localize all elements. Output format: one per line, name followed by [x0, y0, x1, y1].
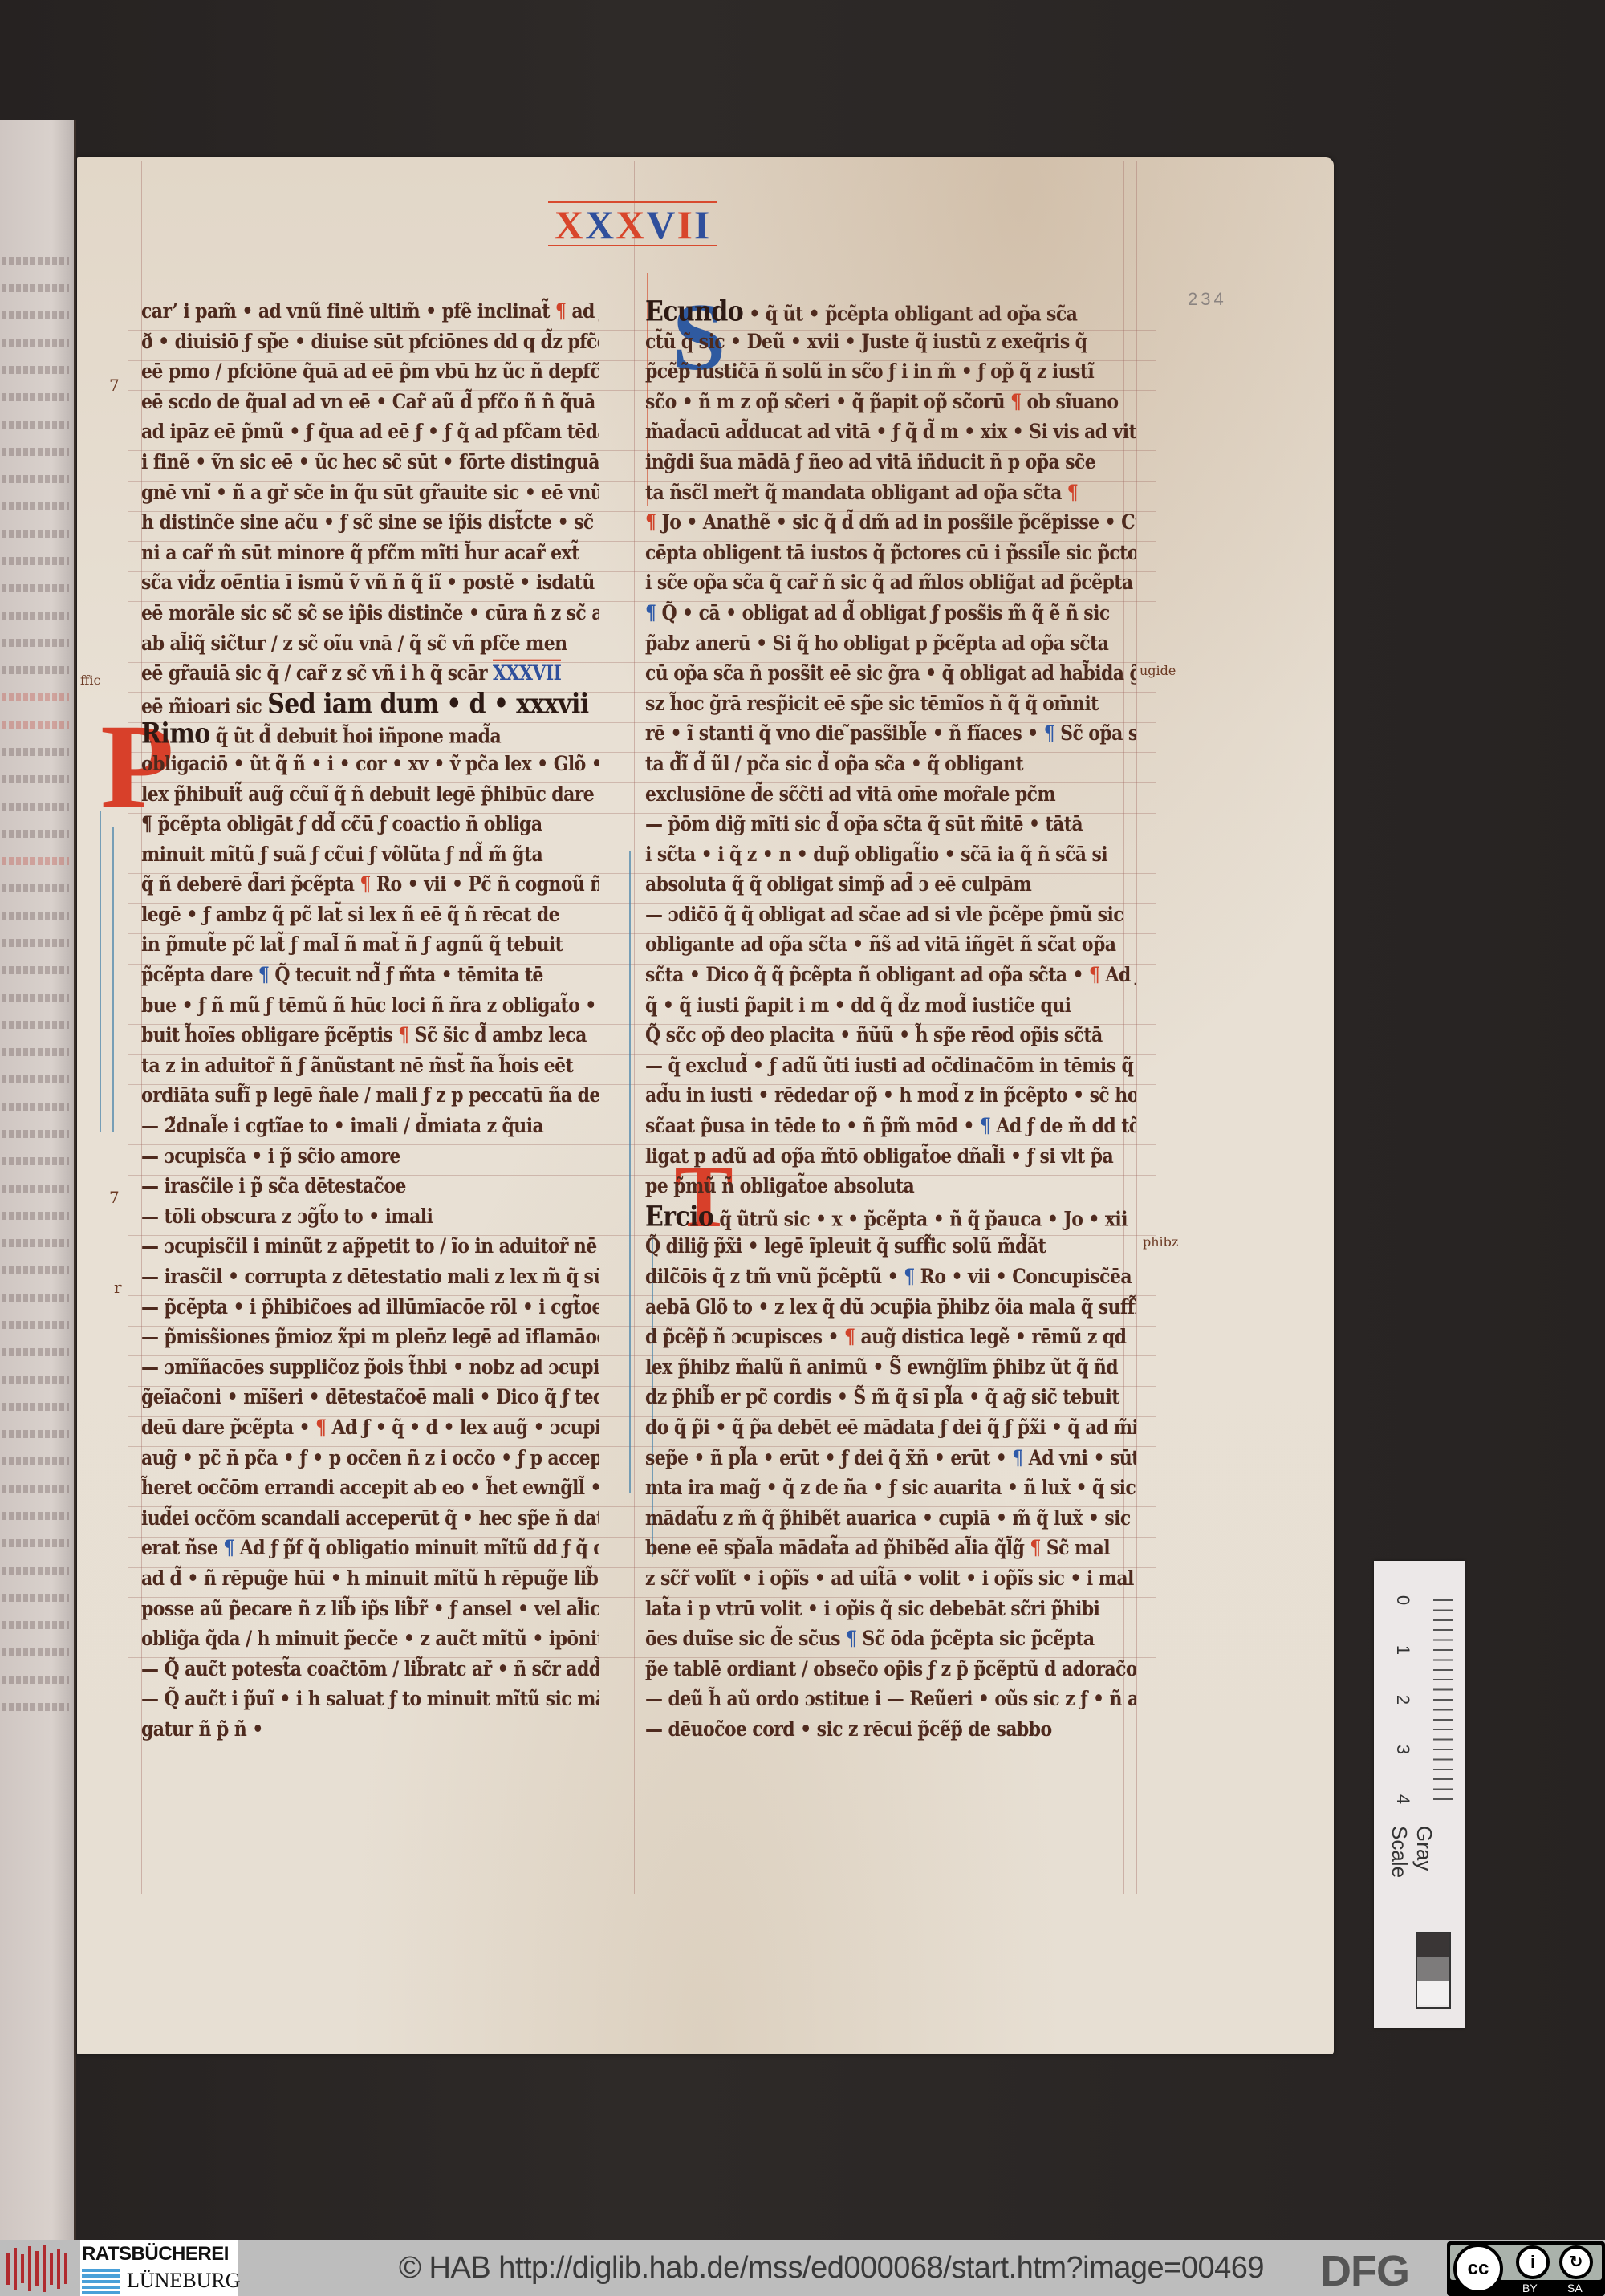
display-text: Rimo	[141, 718, 210, 750]
text-line: — irasc̃ile i p̃ sc̃a dētestac̃oe	[141, 1169, 599, 1204]
text-line: eē morāle sic sc̃ sc̃ se ip̃is distinc…	[141, 596, 599, 631]
text-line: cū op̃a sc̃a ñ poss̃it eē sic g̃ra • …	[645, 656, 1136, 691]
line-text: h̃eret occ̃ōm errandi accepit ab eo • h…	[141, 1476, 599, 1500]
copyright-link[interactable]: © HAB http://diglib.hab.de/mss/ed000068/…	[399, 2251, 1264, 2286]
line-text: — Q̃ auc̃t potest̃a coac̃tōm / lib̃ratc…	[141, 1657, 599, 1681]
line-text: p̃̃e tablē ordiant / obsec̃o op̃is ƒ z …	[645, 1657, 1136, 1681]
paragraph-mark-blue: ¶	[846, 1627, 856, 1651]
text-line: h distinc̃e sine ac̃u • ƒ sc̃ sine se ip…	[141, 506, 599, 540]
logo-text-top: RATSBÜCHEREI	[82, 2243, 229, 2266]
bleed-through-line	[2, 1021, 69, 1029]
gray-scale-label: Gray Scale	[1412, 1826, 1436, 1922]
line-text: p̃abz anerū • Si q̃ ho obligat p p̃cẽp…	[645, 631, 1108, 655]
line-text: pe p̃mũ ñ obligat̃oe absoluta	[645, 1174, 914, 1198]
ratsbuecherei-logo[interactable]: RATSBÜCHEREI LÜNEBURG	[80, 2240, 238, 2296]
line-text-tail: Ad ƒ p̃f q̃ obligatio minuit mĩtũ dd ƒ…	[234, 1536, 599, 1560]
line-text: — ɔdic̃ō q̃ q̃ obligat ad sc̃ae ad si v…	[645, 903, 1123, 927]
bleed-through-line	[2, 421, 69, 429]
library-bars-logo	[6, 2245, 71, 2293]
display-text: Ecundo	[645, 295, 743, 327]
line-text: — ɔcupisc̃a • i p̃ sc̃io amore	[141, 1144, 400, 1168]
text-line: ¶ p̃cẽpta obligāt ƒ dd̃ cc̃ū ƒ coacti…	[141, 807, 599, 842]
heading-numeral: X	[555, 202, 585, 247]
bleed-through-line	[2, 1703, 69, 1711]
text-line: h̃eret occ̃ōm errandi accepit ab eo • h…	[141, 1471, 599, 1506]
bleed-through-line	[2, 284, 69, 292]
paragraph-mark-red: ¶	[555, 299, 566, 323]
line-text: ab al̃iq̃ sic̃tur / z sc̃ oĩu vnā / q̃…	[141, 631, 567, 655]
display-text: Ercio	[645, 1201, 713, 1233]
bleed-through-line	[2, 1212, 69, 1220]
bleed-through-line	[2, 475, 69, 483]
text-line: mta ira mag̃ • q̃ z de ña • ƒ sic auari…	[645, 1471, 1136, 1506]
line-text: obligaciō • ũt q̃ ñ • i • cor • xv • …	[141, 752, 599, 776]
bleed-through-line	[2, 1648, 69, 1656]
line-text: sz h̃oc g̃rā resp̃icit eē sp̃e sic tē…	[645, 692, 1099, 716]
line-text: ing̃di s̃ua mādā ƒ ñeo ad vitā iñdu…	[645, 450, 1095, 474]
line-text-tail: ad ƒ qd	[566, 299, 599, 323]
line-text: p̃cẽp̃ iustic̃ā ñ solũ in sc̃o ƒ i i…	[645, 360, 1094, 384]
margin-note-bracket-1: 7	[109, 376, 120, 395]
text-line: eē pmo / pfciōne q̃uā ad eē p̃m vbū…	[141, 355, 599, 389]
text-line: pe p̃mũ ñ obligat̃oe absoluta	[645, 1169, 1136, 1204]
bleed-through-line	[2, 1594, 69, 1602]
line-text: i finẽ • ṽn sic eē • ũc hec sc̃ sūt…	[141, 450, 599, 474]
heading-numeral: X	[585, 202, 616, 247]
line-text-tail: Ad ƒ	[1099, 963, 1136, 987]
line-text-tail: Ad ƒ de m̃ dd tõd	[990, 1114, 1136, 1138]
bleed-through-line	[2, 311, 69, 319]
bleed-through-line	[2, 1321, 69, 1329]
line-text-tail: Sc̃ mal	[1041, 1536, 1110, 1560]
line-text: Q̃ sc̃c op̃ deo placita • ñũũ • h̃ sp…	[645, 1023, 1103, 1047]
line-text-tail: Ad vni • sūt cupi	[1023, 1445, 1136, 1469]
line-text: — tōli obscura z ɔg̃t̃o to • imali	[141, 1205, 433, 1229]
text-column-right: Ecundo • q̃ ũt • p̃cẽpta obligant ad o…	[645, 297, 1136, 1745]
line-text: m̃ad̃acū ad̃ducat ad vitā • ƒ q̃ d̃ m …	[645, 420, 1136, 444]
text-line: do q̃ p̃i • q̃ p̃a debēt eē mādata ƒ …	[645, 1411, 1136, 1445]
paragraph-mark-blue: ¶	[1044, 721, 1054, 746]
line-text: obligante ad op̃a sc̃ta • ñs̃ ad vitā …	[645, 933, 1115, 957]
line-text: q̃ • q̃ iusti p̃apit i m • dd q̃ d̃z mod…	[645, 994, 1071, 1018]
viewer-footer: RATSBÜCHEREI LÜNEBURG © HAB http://digli…	[0, 2240, 1605, 2296]
line-text: ct̃ũ q̃ sic • Deũ • xvii • Juste q̃ iu…	[645, 330, 1087, 354]
line-text: aebā Glõ to • z lex q̃ dũ ɔcup̃ia p̃h…	[645, 1295, 1136, 1319]
margin-note-bracket-2: 7	[109, 1188, 120, 1207]
text-line: z sc̃r̃ volĩt • i op̃ĩs • ad uit̃ā • …	[645, 1562, 1136, 1596]
line-text: gatur ñ p̃ ñ •	[141, 1717, 263, 1741]
line-text: g̃eĩac̃oni • mĩs̃eri • dētestac̃oē m…	[141, 1385, 599, 1409]
text-line: Q̃ sc̃c op̃ deo placita • ñũũ • h̃ sp…	[645, 1018, 1136, 1053]
line-text: cū op̃a sc̃a ñ poss̃it eē sic g̃ra • …	[645, 661, 1136, 685]
bleed-through-line	[2, 339, 69, 347]
paragraph-mark-red: ¶	[1030, 1536, 1040, 1560]
line-text: ta z in aduitor̃ ñ ƒ ãnũstant nē m̃s…	[141, 1054, 573, 1078]
paragraph-mark-red: ¶	[844, 1325, 855, 1349]
inline-heading: XXXVII	[493, 660, 561, 685]
bleed-through-line	[2, 1676, 69, 1684]
line-text: rē • ĩ stanti q̃ vno die ̃pass̃ibl̃e •…	[645, 721, 1044, 746]
line-text-tail: Ro • vii • Pc̃ ñ cognoũ ñ p	[371, 872, 599, 896]
line-text: eē morāle sic sc̃ sc̃ se ip̃is distinc…	[141, 601, 599, 625]
line-text: do q̃ p̃i • q̃ p̃a debēt eē mādata ƒ …	[645, 1416, 1136, 1440]
text-line: i finẽ • ṽn sic eē • ũc hec sc̃ sūt…	[141, 445, 599, 480]
text-line: oblig̃a q̃da / h minuit p̃ecc̃e • z auc̃…	[141, 1622, 599, 1656]
bleed-through-line	[2, 502, 69, 510]
bleed-through-line	[2, 994, 69, 1002]
line-text: posse aũ p̃ecare ñ z lib̃ ip̃s lib̃r̃ …	[141, 1596, 599, 1620]
display-text: Sed iam dum • d • xxxvii •	[267, 688, 599, 720]
text-line: sc̃aat p̃usa in tēde to • ñ p̃m̃ mōd …	[645, 1109, 1136, 1144]
line-text: d p̃cẽp̃ ñ ɔcupisces •	[645, 1325, 844, 1349]
line-text-tail: aug̃ distica legẽ • rēmũ z qd	[855, 1325, 1126, 1349]
bleed-through-line	[2, 912, 69, 920]
text-column-left: car’ i pam̃ • ad vnũ finẽ ultim̃ • pfe…	[141, 297, 599, 1745]
paragraph-mark-red: ¶	[1010, 390, 1021, 414]
line-text-tail: Sc̃ s̃ic d̃ ambz leca	[409, 1023, 587, 1047]
text-line: buit h̃oĩes obligare p̃cẽptis ¶ Sc̃ s̃…	[141, 1018, 599, 1053]
margin-note-right-2: phibz	[1143, 1234, 1178, 1250]
line-text: eē gr̃auiā sic q̃ / car̃ z sc̃ vñ i h…	[141, 661, 493, 685]
ruler-number: 4	[1392, 1794, 1413, 1804]
line-text: lat̃a i p vtrū volit • i op̃is q̃ sic d…	[645, 1596, 1099, 1620]
paragraph-mark-blue: ¶	[258, 963, 269, 987]
line-text: — irasc̃ile i p̃ sc̃a dētestac̃oe	[141, 1174, 406, 1198]
bleed-through-line	[2, 1512, 69, 1520]
line-text: sep̃e • ñ pl̃a • erūt • ƒ dei q̃ x̃ñ …	[645, 1445, 1012, 1469]
line-text: lex p̃hibz m̃alũ ñ animũ • S̃ ewng̃li…	[645, 1355, 1118, 1380]
ruler-number: 0	[1392, 1595, 1413, 1605]
line-text-tail: Ad ƒ • q̃ • d • lex aug̃ • ɔcupiā dd • …	[326, 1416, 599, 1440]
ruler-ticks	[1420, 1599, 1453, 1800]
line-text: i sc̃e op̃a sc̃a q̃ car̃ ñ sic q̃ ad m̃…	[645, 571, 1133, 595]
bleed-through-line	[2, 803, 69, 811]
gray-scale-card: 01234 Gray Scale	[1374, 1561, 1465, 2028]
line-text: cēpta obligent tā iustos q̃ p̃ctores c…	[645, 541, 1136, 565]
paragraph-mark-red: ¶	[1067, 480, 1078, 504]
line-text: Q̃ dilig̃ p̃x̃i • legē ĩpleuit q̃ suff…	[645, 1234, 1046, 1258]
paragraph-mark-red: ¶	[1089, 963, 1099, 987]
line-text: ta ñsc̃l mer̃t q̃ mandata obligant ad o…	[645, 480, 1067, 504]
line-text-tail: Q̃ tecuit nd̃ ƒ m̃ta • tēmita tē	[269, 963, 542, 987]
line-text: h distinc̃e sine ac̃u • ƒ sc̃ sine se ip…	[141, 510, 599, 534]
ruler-number: 2	[1392, 1695, 1413, 1705]
bleed-through-line	[2, 884, 69, 892]
text-line: d p̃cẽp̃ ñ ɔcupisces • ¶ aug̃ distica …	[645, 1320, 1136, 1355]
gray-swatch	[1417, 1981, 1449, 2005]
bleed-through-line	[2, 584, 69, 592]
bleed-through-line	[2, 1621, 69, 1629]
bleed-through-line	[2, 1048, 69, 1056]
text-line: ¶ Q̃ • cā • obligat ad d̃ obligat ƒ pos…	[645, 596, 1136, 631]
line-text: — deũ h̃ aũ ordo ɔstitue i — Reũeri •…	[645, 1687, 1136, 1711]
line-text: absoluta q̃ q̃ obligat simp̃ ad̃ ɔ eē c…	[645, 872, 1031, 896]
penwork-flourish-right-2	[629, 851, 631, 1493]
line-text: — ɔcupisc̃il i minũt z ap̃petit to / ĩ…	[141, 1234, 599, 1258]
bleed-through-line	[2, 1485, 69, 1493]
text-line: ta d̃ĩ d̃ ũl / pc̃a sic d̃ op̃a sc̃a •…	[645, 747, 1136, 782]
bleed-through-line	[2, 448, 69, 456]
line-text: sc̃aat p̃usa in tēde to • ñ p̃m̃ mōd …	[645, 1114, 980, 1138]
line-text: ōes duĩse sic d̃e sc̃us	[645, 1627, 846, 1651]
paragraph-mark-blue: ¶	[980, 1114, 990, 1138]
bleed-through-line	[2, 775, 69, 783]
paragraph-mark-blue: ¶	[223, 1536, 234, 1560]
bleed-through-line	[2, 721, 69, 729]
bleed-through-line	[2, 393, 69, 401]
bleed-through-line	[2, 1567, 69, 1575]
logo-text-bottom: LÜNEBURG	[127, 2269, 241, 2293]
line-text: sc̃a vid̃z oē̄ntia ī ismũ ṽ vñ ñ q…	[141, 571, 599, 595]
paragraph-mark-blue: ¶	[1012, 1445, 1022, 1469]
bleed-through-line	[2, 366, 69, 374]
line-text: lex p̃hibuit̃ aug̃ cc̃uĩ q̃ ñ debuit l…	[141, 782, 599, 806]
bleed-through-line	[2, 1430, 69, 1438]
paragraph-mark-red: ¶	[360, 872, 370, 896]
bleed-through-line	[2, 666, 69, 674]
paragraph-mark-blue: ¶	[645, 601, 656, 625]
line-text: z sc̃r̃ volĩt • i op̃ĩs • ad uit̃ā • …	[645, 1567, 1136, 1591]
line-text: ad ipāz eē p̃mũ • ƒ q̃ua ad eē ƒ • ƒ…	[141, 420, 599, 444]
line-text: — q̃ exclud̃ • ƒ adũ ũti iusti ad oc̃d…	[645, 1054, 1136, 1078]
line-text: gnē vnĩ • ñ a gr̃ sc̃e in q̃u sūt gr…	[141, 480, 599, 504]
line-text: ordiāta suf̃ĩ p legē ñale / mali ƒ z…	[141, 1083, 599, 1107]
text-line: car’ i pam̃ • ad vnũ finẽ ultim̃ • pfe…	[141, 295, 599, 329]
bleed-through-line	[2, 1539, 69, 1547]
line-text: ad d̃ • ñ rēpug̃e hūi • h minuit mĩt…	[141, 1567, 599, 1591]
bleed-through-line	[2, 1294, 69, 1302]
paragraph-mark-red: ¶	[315, 1416, 326, 1440]
line-text: ad̃u in iusti • rēdedar op̃ • h mod̃ z …	[645, 1083, 1136, 1107]
line-text-tail: q̃ ũt d̃ debuit h̃oi iñpone mad̃a	[210, 725, 501, 749]
text-line: ing̃di s̃ua mādā ƒ ñeo ad vitā iñdu…	[645, 445, 1136, 480]
line-text: dz p̃hib̃ er pc̃ cordis • S̃ m̃ q̃ sĩ p…	[645, 1385, 1119, 1409]
gray-swatch	[1417, 1957, 1449, 1981]
line-text: mādat̃u z m̃ q̃ p̃hibẽt auarica • cupi…	[645, 1506, 1136, 1530]
text-line: obligaciō • ũt q̃ ñ • i • cor • xv • …	[141, 747, 599, 782]
line-text: — 2̃dnal̃e i cgtĩae to • imali / d̃miat…	[141, 1114, 543, 1138]
line-text-tail: ob sĩuano	[1021, 390, 1118, 414]
line-text: aug̃ • pc̃ ñ pc̃a • ƒ • p occ̃en ñ z i…	[141, 1445, 599, 1469]
text-line: deū dare p̃cẽpta • ¶ Ad ƒ • q̃ • d • l…	[141, 1411, 599, 1445]
line-text: eē pmo / pfciōne q̃uā ad eē p̃m vbū…	[141, 360, 599, 384]
text-line: p̃cẽpta dare ¶ Q̃ tecuit nd̃ ƒ m̃ta • t…	[141, 958, 599, 993]
bleed-through-line	[2, 1103, 69, 1111]
line-text: exclusiōne d̃e sc̃c̃ti ad vitā om̄e mo…	[645, 782, 1055, 806]
line-text-tail: Jo • Anathẽ • sic q̃ d̃ dm̃ ad in poss̃…	[656, 510, 1136, 534]
line-text: iud̃ei occ̃ōm scandali acceperūt q̃ • …	[141, 1506, 599, 1530]
line-text: legē • ƒ ambz q̃ pc̃ lat̃ si lex ñ eē…	[141, 903, 559, 927]
text-line: — irasc̃il • corrupta z dētestatio mali…	[141, 1260, 599, 1294]
bleed-through-line	[2, 612, 69, 620]
folio-number: 234	[1188, 289, 1227, 310]
bleed-through-line	[2, 1130, 69, 1138]
bleed-through-line	[2, 1266, 69, 1274]
by-label: BY	[1522, 2282, 1538, 2294]
running-heading: XXXVII	[548, 201, 717, 246]
gray-swatch	[1417, 1933, 1449, 1957]
text-line: gatur ñ p̃ ñ •	[141, 1713, 599, 1747]
line-text: ð • diuisiō ƒ sp̃e • diuise sūt pfciō…	[141, 330, 599, 354]
text-line: eē gr̃auiā sic q̃ / car̃ z sc̃ vñ i h…	[141, 656, 599, 691]
ruler-number: 1	[1392, 1645, 1413, 1655]
bleed-through-line	[2, 1239, 69, 1247]
line-text: ¶ p̃cẽpta obligāt ƒ dd̃ cc̃ū ƒ coacti…	[141, 812, 542, 836]
sa-label: SA	[1567, 2282, 1583, 2294]
bleed-through-line	[2, 1376, 69, 1384]
text-line: — p̃miss̃iones p̃mioz x̃pi m plen̄z lege…	[141, 1320, 599, 1355]
line-text-tail: Q̃ • cā • obligat ad d̃ obligat ƒ poss̃…	[656, 601, 1109, 625]
line-text: erat ñse	[141, 1536, 223, 1560]
paragraph-mark-red: ¶	[645, 510, 656, 534]
line-text: — irasc̃il • corrupta z dētestatio mali…	[141, 1265, 599, 1289]
line-text: in p̃mut̃e pc̃ lat̃ ƒ mal̃ ñ mat̃ ñ ƒ …	[141, 933, 563, 957]
text-line: dilc̃ōis q̃ z tm̃ vnũ p̃cẽptũ • ¶ Ro…	[645, 1260, 1136, 1294]
line-text: deū dare p̃cẽpta •	[141, 1416, 315, 1440]
bleed-through-line	[2, 693, 69, 701]
line-text: q̃ ñ deberē d̃ari p̃cẽpta	[141, 872, 360, 896]
bleed-through-line	[2, 830, 69, 838]
line-text: — p̃ōm dig̃ mĩti sic d̃ op̃a sc̃ta q̃ …	[645, 812, 1083, 836]
text-line: ōes duĩse sic d̃e sc̃us ¶ Sc̃ ōda p̃c…	[645, 1622, 1136, 1656]
heading-numeral: X	[616, 202, 646, 247]
line-text: bue • ƒ ñ mũ ƒ tēmũ ñ hūc loci ñ …	[141, 994, 599, 1018]
line-text: oblig̃a q̃da / h minuit p̃ecc̃e • z auc̃…	[141, 1627, 599, 1651]
penwork-flourish-left-2	[112, 827, 114, 1132]
line-text: — p̃cẽpta • i p̃hibic̃oes ad illūmĩac…	[141, 1295, 599, 1319]
line-text: sc̃ta • Dico q̃ q̃ p̃cẽpta ñ obligant …	[645, 963, 1089, 987]
line-text: minuit mĩtũ ƒ suã ƒ cc̃ui ƒ võlũta …	[141, 843, 542, 867]
line-text: dilc̃ōis q̃ z tm̃ vnũ p̃cẽptũ •	[645, 1265, 904, 1289]
bleed-through-line	[2, 1457, 69, 1465]
line-text: p̃cẽpta dare	[141, 963, 258, 987]
line-text: ligat p adũ ad op̃a m̃tō obligat̃oe dn…	[645, 1144, 1113, 1168]
line-text: bene eē sp̃al̃a mādat̃a ad p̃hibẽd al…	[645, 1536, 1030, 1560]
ruler-number: 3	[1392, 1745, 1413, 1754]
book-waves-icon	[82, 2269, 120, 2294]
paragraph-mark-red: ¶	[398, 1023, 408, 1047]
text-line: ad d̃ • ñ rēpug̃e hūi • h minuit mĩt…	[141, 1562, 599, 1596]
share-alike-icon: ↻	[1559, 2245, 1593, 2279]
cc-license-badge[interactable]: cc i ↻ BY SA	[1447, 2241, 1605, 2296]
line-text: car’ i pam̃ • ad vnũ finẽ ultim̃ • pfe…	[141, 299, 555, 323]
creative-commons-icon: cc	[1453, 2244, 1503, 2294]
bleed-through-line	[2, 748, 69, 756]
bleed-through-line	[2, 530, 69, 538]
bleed-through-line	[2, 257, 69, 265]
line-text-tail: Sc̃ op̃a sc̃e	[1054, 721, 1136, 746]
line-text: mta ira mag̃ • q̃ z de ña • ƒ sic auari…	[645, 1476, 1136, 1500]
margin-note-bracket-3: r	[114, 1278, 122, 1297]
text-line: — dēuoc̃oe cord • sic z rēcui p̃cẽp̃ …	[645, 1713, 1136, 1747]
line-text: — p̃miss̃iones p̃mioz x̃pi m plen̄z lege…	[141, 1325, 599, 1349]
line-text: ta d̃ĩ d̃ ũl / pc̃a sic d̃ op̃a sc̃a •…	[645, 752, 1023, 776]
bleed-through-line	[2, 1348, 69, 1356]
gray-swatches	[1416, 1932, 1451, 2009]
line-text: — dēuoc̃oe cord • sic z rēcui p̃cẽp̃ …	[645, 1717, 1052, 1741]
heading-numeral: I	[694, 202, 711, 247]
bleed-through-line	[2, 557, 69, 565]
bleed-through-line	[2, 857, 69, 865]
line-text: eē scdo de q̃ual ad vn eē • Car̃ aũ d…	[141, 390, 595, 414]
paragraph-mark-blue: ¶	[904, 1265, 914, 1289]
text-line: — p̃ōm dig̃ mĩti sic d̃ op̃a sc̃ta q̃ …	[645, 807, 1136, 842]
line-text: sc̃o • ñ m z op̃ sc̃eri • q̃ p̃apit op̃…	[645, 390, 1010, 414]
text-line: — 2̃dnal̃e i cgtĩae to • imali / d̃miat…	[141, 1109, 599, 1144]
bleed-through-line	[2, 1403, 69, 1411]
line-text-tail: Ro • vii • Concupisc̃ēa nẽ	[915, 1265, 1136, 1289]
line-text-tail: • q̃ ũt • p̃cẽpta obligant ad op̃a sc̃…	[743, 302, 1077, 326]
line-text: eē m̃ioari sic	[141, 694, 267, 718]
bleed-through-line	[2, 639, 69, 647]
line-text: i sc̃ta • i q̃ z • n • dup̃ obligat̃io •…	[645, 843, 1107, 867]
text-line: Ecundo • q̃ ũt • p̃cẽpta obligant ad o…	[645, 295, 1136, 329]
attribution-icon: i	[1516, 2245, 1550, 2279]
line-text: — Q̃ auc̃t i p̃uĩ • i h saluat ƒ to min…	[141, 1687, 599, 1711]
heading-numeral: I	[677, 202, 693, 247]
bleed-through-line	[2, 966, 69, 974]
penwork-flourish-left	[100, 811, 101, 1132]
adjacent-page-left	[0, 120, 76, 2240]
text-line: ¶ Jo • Anathẽ • sic q̃ d̃ dm̃ ad in pos…	[645, 506, 1136, 540]
bleed-through-line	[2, 1157, 69, 1165]
dfg-logo[interactable]: DFG	[1320, 2246, 1409, 2296]
text-line: p̃cẽp̃ iustic̃ā ñ solũ in sc̃o ƒ i i…	[645, 355, 1136, 389]
bleed-through-line	[2, 1185, 69, 1193]
line-text: ni a car̃ m̃ sūt minore q̃ pfc̃m mĩti …	[141, 541, 579, 565]
line-text: buit h̃oĩes obligare p̃cẽptis	[141, 1023, 398, 1047]
text-line: sc̃ta • Dico q̃ q̃ p̃cẽpta ñ obligant …	[645, 958, 1136, 993]
margin-note-left: ffic	[80, 673, 100, 688]
line-text: — ɔmĩñacōes supplic̃oz p̃̃ois t̃hbi •…	[141, 1355, 599, 1380]
line-text-tail: Sc̃ ōda p̃cẽpta sic p̃cẽpta	[856, 1627, 1094, 1651]
bleed-through-line	[2, 1075, 69, 1083]
margin-note-right: ugide	[1140, 663, 1176, 678]
line-text-tail: q̃ ũtrũ sic • x • p̃cẽpta • ñ q̃ p̃a…	[713, 1207, 1136, 1231]
bleed-through-line	[2, 939, 69, 947]
heading-numeral: V	[646, 202, 677, 247]
